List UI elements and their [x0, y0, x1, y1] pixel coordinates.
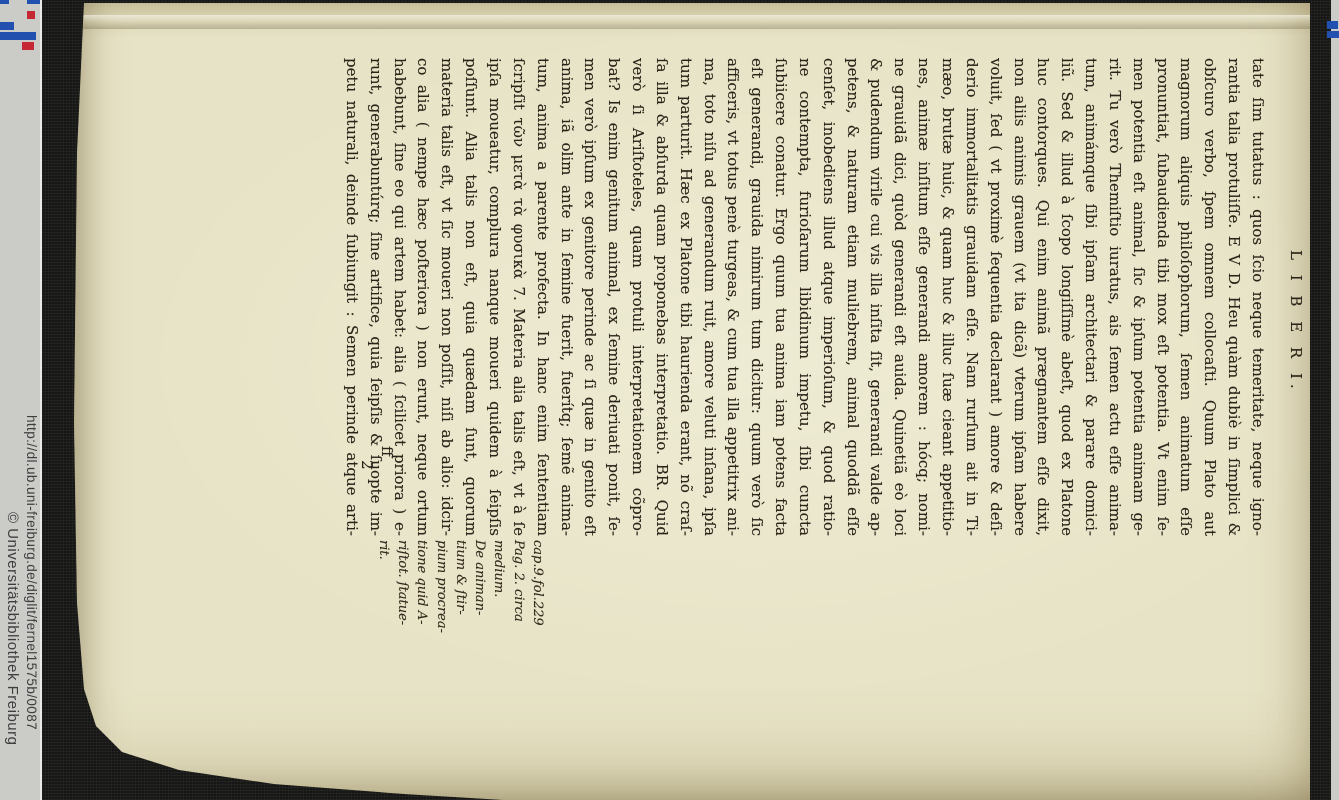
- margin-note-line: Pag. 2. circa: [508, 540, 527, 720]
- body-text-line: bat? Is enim genitum animal, ex ſemine d…: [601, 58, 625, 536]
- gathering-signature: ff 2: [357, 446, 397, 470]
- rotated-page-content: L I B E R I. 83 tate ſim tutatus : quos …: [329, 58, 1269, 536]
- body-text-line: men potentia eſt animal, ſic & ipſum pot…: [1126, 58, 1150, 536]
- body-text-line: tum, animámque ſibi ipſam architectari &…: [1078, 58, 1102, 536]
- body-text-block: tate ſim tutatus : quos ſcio neque temer…: [339, 58, 1269, 536]
- running-header: L I B E R I.: [1287, 250, 1305, 394]
- body-text-line: men verò ipſum ex genitore perinde ac ſi…: [578, 58, 602, 536]
- body-text-line: tate ſim tutatus : quos ſcio neque temer…: [1245, 58, 1269, 536]
- body-text-line: & pudendum virile cui vis illa inſita ſi…: [864, 58, 888, 536]
- body-text-line: ma, toto niſu ad generandum ruit, amore …: [697, 58, 721, 536]
- registration-mark-icon: [27, 0, 40, 4]
- margin-note-line: tione quid A-: [412, 540, 431, 720]
- body-text-line: petens, & naturam etiam muliebrem, anima…: [840, 58, 864, 536]
- body-text-line: ſubiicere conatur. Ergo quum tua anima i…: [768, 58, 792, 536]
- body-text-line: ipſa moueatur, complura nanque moueri qu…: [482, 58, 506, 536]
- margin-notes: cap.9.fol.229Pag. 2. circamedium.De anim…: [373, 540, 547, 720]
- registration-mark-icon: [22, 42, 34, 50]
- body-text-line: voluit, ſed ( vt proximè ſequentia decla…: [983, 58, 1007, 536]
- body-text-line: ſcripſit τῶν μετὰ τὰ φυσικὰ 7. Materia a…: [506, 58, 530, 536]
- book-page-scan: L I B E R I. 83 tate ſim tutatus : quos …: [74, 3, 1310, 800]
- scan-url-caption: http://dl.ub.uni-freiburg.de/diglit/fern…: [24, 415, 39, 730]
- body-text-line: verò ſi Ariſtoteles, quam protuli interp…: [625, 58, 649, 536]
- body-text-line: materia talis eſt, vt ſic moueri non poſ…: [434, 58, 458, 536]
- film-strip-right: [1331, 0, 1339, 800]
- body-text-line: co alia ( nempe hæc poſteriora ) non eru…: [411, 58, 435, 536]
- body-text-line: obſcuro verbo, ſpem omnem collocaſti. Qu…: [1197, 58, 1221, 536]
- body-text-line: magnorum aliquis philoſophorum, ſemen an…: [1174, 58, 1198, 536]
- registration-mark-icon: [1327, 31, 1339, 38]
- registration-mark-icon: [0, 32, 36, 40]
- registration-mark-icon: [0, 0, 9, 4]
- body-text-line: liũ. Sed & illud à ſcopo longiſſimè abeſ…: [1054, 58, 1078, 536]
- body-text-line: anima, iã olim ante in ſemine fuerit, fu…: [554, 58, 578, 536]
- body-text-line: eſt generandi, grauida nimirum tum dicit…: [744, 58, 768, 536]
- body-text-line: rantia talia protuliſſe. E V D. Heu quàm…: [1221, 58, 1245, 536]
- body-text-line: cenſet, inobediens illud atque imperioſu…: [816, 58, 840, 536]
- body-text-line: huc contorques. Qui enim animã prægnante…: [1031, 58, 1055, 536]
- margin-note-line: rit.: [373, 540, 392, 720]
- margin-note-line: tium & ſtir-: [451, 540, 470, 720]
- registration-mark-icon: [1327, 21, 1338, 29]
- body-text-line: afficeris, vt totus penè turgeas, & cum …: [721, 58, 745, 536]
- body-text-line: non aliis animis grauem (vt ita dicã) vt…: [1007, 58, 1031, 536]
- registration-mark-icon: [0, 22, 14, 30]
- body-text-line: ne grauidã dici, quòd generandi eſt auid…: [888, 58, 912, 536]
- body-text-line: pronuntiat, ſubaudienda tibi mox eſt pot…: [1150, 58, 1174, 536]
- page-crease-shadow: [74, 15, 1310, 29]
- signature-number: 2: [357, 446, 377, 470]
- body-text-line: ne contempta, furioſarum libidinum impet…: [792, 58, 816, 536]
- body-text-line: tum parturit. Hæc ex Platone tibi haurie…: [673, 58, 697, 536]
- body-text-line: derio immortalitatis grauidam eſſe. Nam …: [959, 58, 983, 536]
- body-text-line: nes, animæ inſitum eſſe generandi amorem…: [911, 58, 935, 536]
- scanner-background: http://dl.ub.uni-freiburg.de/diglit/fern…: [0, 0, 1339, 800]
- copyright-caption: © Universitätsbibliothek Freiburg: [4, 512, 21, 745]
- margin-note-line: De animan-: [470, 540, 489, 720]
- body-text-line: mæo, brutæ huic, & quam huc & illuc ſuæ …: [935, 58, 959, 536]
- margin-note-line: pium procrea-: [431, 540, 450, 720]
- body-text-line: poſſunt. Alia talis non eſt, quia quædam…: [458, 58, 482, 536]
- margin-note-line: riſtot. ſtatue-: [393, 540, 412, 720]
- registration-mark-icon: [27, 11, 35, 19]
- body-text-line: ſa illa & abſurda quam proponebas interp…: [649, 58, 673, 536]
- body-text-line: rit. Tu verò Themiſtio iuratus, ais ſeme…: [1102, 58, 1126, 536]
- margin-note-line: cap.9.fol.229: [528, 540, 547, 720]
- margin-note-line: medium.: [489, 540, 508, 720]
- body-text-line: tum, anima a parente profecta. In hanc e…: [530, 58, 554, 536]
- signature-ff: ff: [378, 446, 396, 457]
